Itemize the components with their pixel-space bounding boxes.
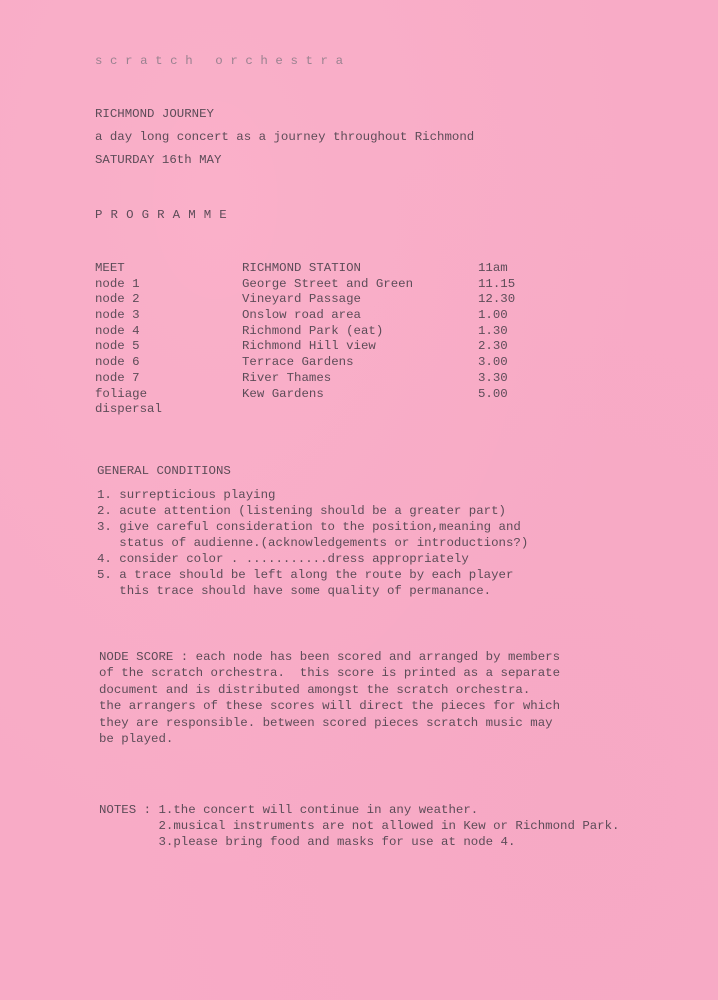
time: 2.30 bbox=[478, 340, 508, 352]
node-score-paragraph: NODE SCORE : each node has been scored a… bbox=[99, 651, 560, 749]
node-label: dispersal bbox=[95, 403, 162, 415]
document-page: scratch orchestra RICHMOND JOURNEY a day… bbox=[0, 0, 718, 1000]
time: 11.15 bbox=[478, 278, 515, 290]
location: Richmond Hill view bbox=[242, 340, 376, 352]
node-label: node 7 bbox=[95, 372, 140, 384]
time: 12.30 bbox=[478, 293, 515, 305]
node-label: node 3 bbox=[95, 309, 140, 321]
programme-heading: PROGRAMME bbox=[95, 209, 235, 221]
programme-row: foliage Kew Gardens 5.00 bbox=[95, 388, 535, 404]
note-line: 2.musical instruments are not allowed in… bbox=[99, 820, 620, 836]
location: Richmond Park (eat) bbox=[242, 325, 383, 337]
time: 3.30 bbox=[478, 372, 508, 384]
location: Onslow road area bbox=[242, 309, 361, 321]
location: Kew Gardens bbox=[242, 388, 324, 400]
node-score-line: NODE SCORE : each node has been scored a… bbox=[99, 651, 560, 667]
node-score-line: document and is distributed amongst the … bbox=[99, 684, 560, 700]
node-label: node 4 bbox=[95, 325, 140, 337]
time: 11am bbox=[478, 262, 508, 274]
event-date: SATURDAY 16th MAY bbox=[95, 154, 221, 166]
programme-row: dispersal bbox=[95, 403, 535, 419]
event-subtitle: a day long concert as a journey througho… bbox=[95, 131, 474, 143]
condition-line: 5. a trace should be left along the rout… bbox=[97, 569, 528, 585]
programme-row: node 1 George Street and Green 11.15 bbox=[95, 278, 535, 294]
location: RICHMOND STATION bbox=[242, 262, 361, 274]
time: 5.00 bbox=[478, 388, 508, 400]
programme-row: node 3 Onslow road area 1.00 bbox=[95, 309, 535, 325]
organization-header: scratch orchestra bbox=[95, 55, 351, 67]
node-label: node 2 bbox=[95, 293, 140, 305]
condition-line: 3. give careful consideration to the pos… bbox=[97, 521, 528, 537]
time: 1.00 bbox=[478, 309, 508, 321]
condition-line: status of audienne.(acknowledgements or … bbox=[97, 537, 528, 553]
location: River Thames bbox=[242, 372, 331, 384]
notes-section: NOTES : 1.the concert will continue in a… bbox=[99, 804, 620, 853]
programme-row: node 2 Vineyard Passage 12.30 bbox=[95, 293, 535, 309]
programme-row: node 6 Terrace Gardens 3.00 bbox=[95, 356, 535, 372]
node-label: MEET bbox=[95, 262, 125, 274]
node-score-line: of the scratch orchestra. this score is … bbox=[99, 667, 560, 683]
node-score-line: the arrangers of these scores will direc… bbox=[99, 700, 560, 716]
time: 1.30 bbox=[478, 325, 508, 337]
general-conditions-heading: GENERAL CONDITIONS bbox=[97, 465, 231, 477]
general-conditions-list: 1. surrepticious playing 2. acute attent… bbox=[97, 489, 528, 601]
condition-line: 4. consider color . ...........dress app… bbox=[97, 553, 528, 569]
location: Terrace Gardens bbox=[242, 356, 354, 368]
programme-row: node 7 River Thames 3.30 bbox=[95, 372, 535, 388]
programme-row: node 5 Richmond Hill view 2.30 bbox=[95, 340, 535, 356]
node-label: node 6 bbox=[95, 356, 140, 368]
node-score-line: be played. bbox=[99, 733, 560, 749]
time: 3.00 bbox=[478, 356, 508, 368]
event-title: RICHMOND JOURNEY bbox=[95, 108, 214, 120]
note-line: NOTES : 1.the concert will continue in a… bbox=[99, 804, 620, 820]
programme-table: MEET RICHMOND STATION 11am node 1 George… bbox=[95, 262, 535, 419]
node-label: foliage bbox=[95, 388, 147, 400]
programme-row: node 4 Richmond Park (eat) 1.30 bbox=[95, 325, 535, 341]
location: George Street and Green bbox=[242, 278, 413, 290]
programme-row: MEET RICHMOND STATION 11am bbox=[95, 262, 535, 278]
condition-line: 1. surrepticious playing bbox=[97, 489, 528, 505]
condition-line: this trace should have some quality of p… bbox=[97, 585, 528, 601]
node-score-line: they are responsible. between scored pie… bbox=[99, 717, 560, 733]
note-line: 3.please bring food and masks for use at… bbox=[99, 836, 620, 852]
node-label: node 5 bbox=[95, 340, 140, 352]
node-label: node 1 bbox=[95, 278, 140, 290]
condition-line: 2. acute attention (listening should be … bbox=[97, 505, 528, 521]
location: Vineyard Passage bbox=[242, 293, 361, 305]
